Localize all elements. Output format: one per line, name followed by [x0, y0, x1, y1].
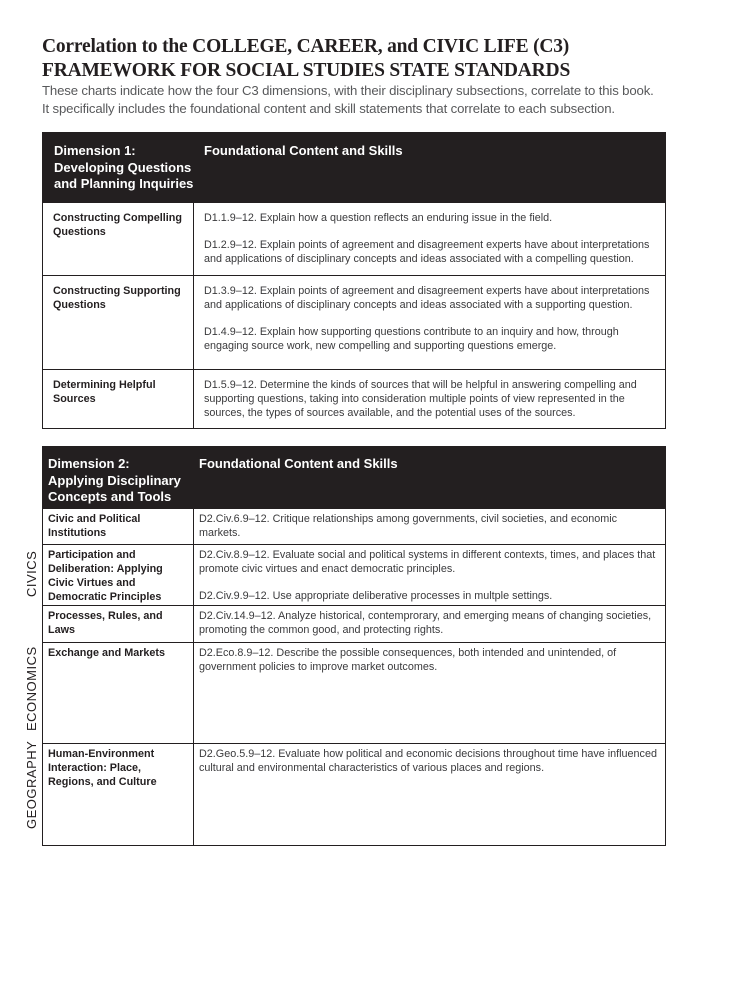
- subsection-name: Processes, Rules, and Laws: [43, 606, 194, 642]
- dimension-2-heading-line: Applying Disciplinary: [48, 473, 194, 490]
- table-row: Exchange and Markets D2.Eco.8.9–12. Desc…: [43, 642, 665, 743]
- statement: D2.Eco.8.9–12. Describe the possible con…: [199, 646, 659, 674]
- dimension-1-column-heading: Foundational Content and Skills: [194, 143, 665, 202]
- page-title-line-1: Correlation to the COLLEGE, CAREER, and …: [42, 35, 722, 59]
- statements-cell: D2.Civ.14.9–12. Analyze historical, cont…: [194, 606, 665, 642]
- table-row: Constructing Compelling Questions D1.1.9…: [43, 202, 665, 275]
- dimension-2-heading-line: Dimension 2:: [48, 456, 194, 473]
- statement: D2.Geo.5.9–12. Evaluate how political an…: [199, 747, 659, 775]
- statement: D2.Civ.6.9–12. Critique relationships am…: [199, 512, 659, 540]
- page-subtitle-line-1: These charts indicate how the four C3 di…: [42, 82, 722, 100]
- statements-cell: D2.Geo.5.9–12. Evaluate how political an…: [194, 744, 665, 845]
- dimension-1-heading: Dimension 1: Developing Questions and Pl…: [43, 143, 194, 202]
- page-subtitle: These charts indicate how the four C3 di…: [42, 82, 722, 118]
- dimension-1-heading-line: Dimension 1:: [54, 143, 194, 160]
- dimension-2-table: Dimension 2: Applying Disciplinary Conce…: [42, 446, 666, 846]
- table-row: Participation and Deliberation: Applying…: [43, 544, 665, 605]
- statement: D1.5.9–12. Determine the kinds of source…: [204, 378, 659, 420]
- discipline-label-geography: GEOGRAPHY: [24, 741, 39, 829]
- subsection-name: Human-Environment Interaction: Place, Re…: [43, 744, 194, 845]
- statement: D2.Civ.8.9–12. Evaluate social and polit…: [199, 548, 659, 576]
- dimension-1-heading-line: Developing Questions: [54, 160, 194, 177]
- dimension-1-heading-line: and Planning Inquiries: [54, 176, 194, 193]
- dimension-1-header: Dimension 1: Developing Questions and Pl…: [43, 132, 665, 202]
- page-title-line-2: FRAMEWORK FOR SOCIAL STUDIES STATE STAND…: [42, 59, 722, 83]
- table-row: Determining Helpful Sources D1.5.9–12. D…: [43, 369, 665, 428]
- statements-cell: D2.Civ.8.9–12. Evaluate social and polit…: [194, 545, 665, 605]
- statement: D2.Civ.9.9–12. Use appropriate deliberat…: [199, 589, 659, 603]
- statements-cell: D1.3.9–12. Explain points of agreement a…: [194, 276, 665, 369]
- dimension-2-heading: Dimension 2: Applying Disciplinary Conce…: [43, 456, 194, 508]
- statement: D1.3.9–12. Explain points of agreement a…: [204, 284, 659, 312]
- statement: D2.Civ.14.9–12. Analyze historical, cont…: [199, 609, 659, 637]
- statements-cell: D1.1.9–12. Explain how a question reflec…: [194, 203, 665, 275]
- statement: D1.1.9–12. Explain how a question reflec…: [204, 211, 659, 225]
- discipline-label-civics: CIVICS: [24, 551, 39, 597]
- table-row: Human-Environment Interaction: Place, Re…: [43, 743, 665, 845]
- dimension-2-header: Dimension 2: Applying Disciplinary Conce…: [43, 446, 665, 508]
- discipline-label-economics: ECONOMICS: [24, 646, 39, 731]
- table-row: Processes, Rules, and Laws D2.Civ.14.9–1…: [43, 605, 665, 642]
- subsection-name: Constructing Compelling Questions: [43, 203, 194, 275]
- page-title: Correlation to the COLLEGE, CAREER, and …: [42, 35, 722, 83]
- subsection-name: Constructing Supporting Questions: [43, 276, 194, 369]
- statement: D1.2.9–12. Explain points of agreement a…: [204, 238, 659, 266]
- dimension-2-heading-line: Concepts and Tools: [48, 489, 194, 506]
- statement: D1.4.9–12. Explain how supporting questi…: [204, 325, 659, 353]
- statements-cell: D2.Civ.6.9–12. Critique relationships am…: [194, 509, 665, 544]
- dimension-2-column-heading: Foundational Content and Skills: [194, 456, 665, 508]
- statements-cell: D1.5.9–12. Determine the kinds of source…: [194, 370, 665, 428]
- subsection-name: Determining Helpful Sources: [43, 370, 194, 428]
- page-subtitle-line-2: It specifically includes the foundationa…: [42, 100, 722, 118]
- statements-cell: D2.Eco.8.9–12. Describe the possible con…: [194, 643, 665, 743]
- table-row: Constructing Supporting Questions D1.3.9…: [43, 275, 665, 369]
- subsection-name: Exchange and Markets: [43, 643, 194, 743]
- dimension-1-table: Dimension 1: Developing Questions and Pl…: [42, 132, 666, 429]
- subsection-name: Participation and Deliberation: Applying…: [43, 545, 194, 605]
- subsection-name: Civic and Political Institutions: [43, 509, 194, 544]
- table-row: Civic and Political Institutions D2.Civ.…: [43, 508, 665, 544]
